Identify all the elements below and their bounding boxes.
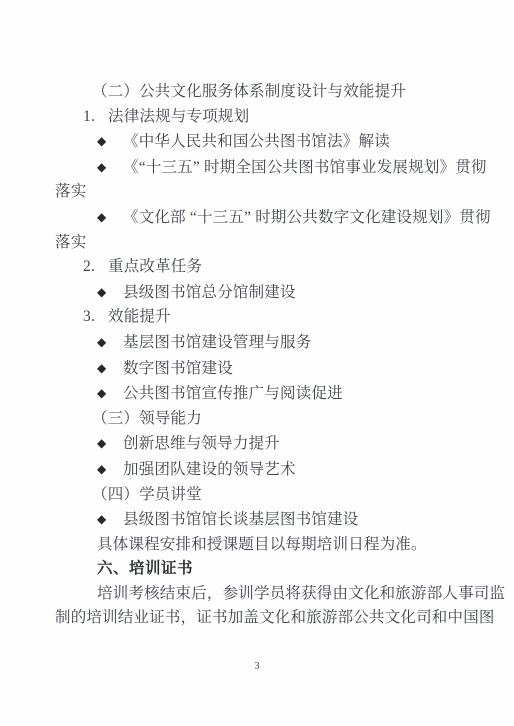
bullet-item: ◆《“十三五” 时期全国公共图书馆事业发展规划》贯彻 — [55, 155, 465, 181]
section-heading: （二）公共文化服务体系制度设计与效能提升 — [55, 80, 465, 105]
numbered-item-text: 效能提升 — [108, 308, 171, 325]
diamond-bullet-icon: ◆ — [97, 457, 123, 482]
bullet-item-text: 《中华人民共和国公共图书馆法》解读 — [123, 133, 390, 150]
continuation-line: 落实 — [55, 231, 465, 256]
paragraph-line: 具体课程安排和授课题目以每期培训日程为准。 — [55, 533, 465, 558]
number-marker: 1. — [83, 105, 108, 130]
diamond-bullet-icon: ◆ — [97, 205, 123, 230]
number-marker: 2. — [83, 255, 108, 280]
bullet-item: ◆《中华人民共和国公共图书馆法》解读 — [55, 129, 465, 155]
bullet-item-text: 基层图书馆建设管理与服务 — [123, 334, 311, 351]
bullet-item: ◆基层图书馆建设管理与服务 — [55, 330, 465, 356]
bullet-item-text: 加强团队建设的领导艺术 — [123, 461, 296, 478]
section-heading: （三）领导能力 — [55, 407, 465, 432]
bullet-item-text: 数字图书馆建设 — [123, 360, 233, 377]
diamond-bullet-icon: ◆ — [97, 330, 123, 355]
bullet-item-text: 公共图书馆宣传推广与阅读促进 — [123, 385, 343, 402]
bullet-item-text: 创新思维与领导力提升 — [123, 435, 280, 452]
bullet-item: ◆创新思维与领导力提升 — [55, 431, 465, 457]
bullet-item: ◆数字图书馆建设 — [55, 356, 465, 382]
numbered-item: 2.重点改革任务 — [55, 255, 465, 280]
bullet-item: ◆公共图书馆宣传推广与阅读促进 — [55, 381, 465, 407]
bullet-item: ◆县级图书馆总分馆制建设 — [55, 280, 465, 306]
page-number: 3 — [0, 661, 514, 672]
diamond-bullet-icon: ◆ — [97, 155, 123, 180]
number-marker: 3. — [83, 305, 108, 330]
bullet-item: ◆县级图书馆馆长谈基层图书馆建设 — [55, 507, 465, 533]
bullet-item: ◆加强团队建设的领导艺术 — [55, 457, 465, 483]
bullet-item-text: 《文化部 “十三五” 时期公共数字文化建设规划》贯彻 — [123, 209, 491, 226]
diamond-bullet-icon: ◆ — [97, 356, 123, 381]
bullet-item-text: 《“十三五” 时期全国公共图书馆事业发展规划》贯彻 — [123, 159, 487, 176]
diamond-bullet-icon: ◆ — [97, 129, 123, 154]
diamond-bullet-icon: ◆ — [97, 431, 123, 456]
paragraph-line: 培训考核结束后，参训学员将获得由文化和旅游部人事司监 — [55, 582, 465, 607]
document-text-block: （二）公共文化服务体系制度设计与效能提升 1.法律法规与专项规划 ◆《中华人民共… — [55, 80, 465, 631]
continuation-line: 制的培训结业证书，证书加盖文化和旅游部公共文化司和中国图 — [55, 606, 465, 631]
numbered-item: 1.法律法规与专项规划 — [55, 105, 465, 130]
numbered-item: 3.效能提升 — [55, 305, 465, 330]
document-page: （二）公共文化服务体系制度设计与效能提升 1.法律法规与专项规划 ◆《中华人民共… — [0, 0, 514, 726]
bold-heading: 六、培训证书 — [55, 557, 465, 582]
continuation-line: 落实 — [55, 180, 465, 205]
diamond-bullet-icon: ◆ — [97, 381, 123, 406]
section-heading: （四）学员讲堂 — [55, 483, 465, 508]
numbered-item-text: 法律法规与专项规划 — [108, 108, 249, 125]
bullet-item-text: 县级图书馆总分馆制建设 — [123, 284, 296, 301]
bullet-item-text: 县级图书馆馆长谈基层图书馆建设 — [123, 511, 359, 528]
numbered-item-text: 重点改革任务 — [108, 258, 202, 275]
bullet-item: ◆《文化部 “十三五” 时期公共数字文化建设规划》贯彻 — [55, 205, 465, 231]
diamond-bullet-icon: ◆ — [97, 280, 123, 305]
diamond-bullet-icon: ◆ — [97, 507, 123, 532]
